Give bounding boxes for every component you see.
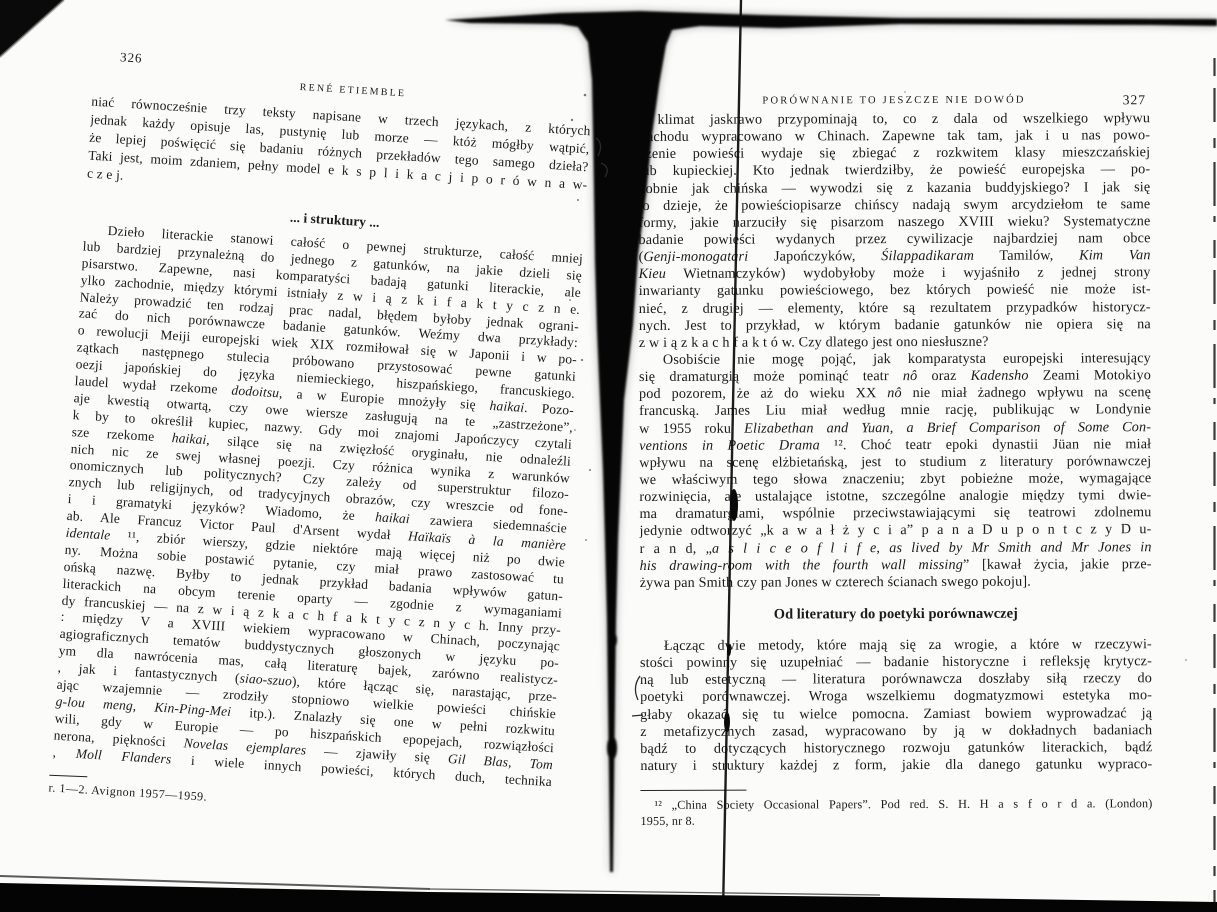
paragraph: Osobiście nie mogę pojąć, jak komparatys… — [639, 350, 1152, 592]
text-line: nieć, z drugiej — elementy, które są rez… — [639, 299, 1151, 318]
right-page-body: i klimat jaskrawo przypominają to, co z … — [636, 110, 1154, 829]
footnote: ¹² „China Society Occasional Papers”. Po… — [640, 796, 1152, 829]
text-line: ma dramaturgiami, wspólnie przeciwstawia… — [639, 504, 1151, 523]
footnote-rule — [640, 790, 746, 791]
bottom-scan-edge — [0, 876, 1217, 912]
section-heading: Od literatury do poetyki porównawczej — [640, 605, 1152, 624]
paragraph: Dzieło literackie stanowi całość o pewne… — [52, 221, 583, 790]
text-line: ną lub estetyczną — literatura porównawc… — [640, 670, 1152, 689]
text-line: formy, jakie narzuciły się pisarzom nasz… — [638, 213, 1150, 232]
running-head-right: PORÓWNANIE TO JESZCZE NIE DOWÓD — [636, 94, 1152, 107]
text-line: rozwinięcia, ale ustalające istotne, szc… — [639, 487, 1151, 506]
text-line: dobnie jak chińska — wywodzi się z kazan… — [638, 179, 1150, 198]
text-line: Łącząc dwie metody, które mają się za wr… — [640, 636, 1152, 655]
text-line: ¹² „China Society Occasional Papers”. Po… — [640, 796, 1152, 813]
text-line: jedynie odtworzyć „k a w a ł ż y c i a” … — [639, 522, 1151, 541]
paragraph: Łącząc dwie metody, które mają się za wr… — [640, 636, 1152, 775]
paragraph: niać równocześnie trzy teksty napisane w… — [87, 93, 591, 212]
text-line: 1955, nr 8. — [641, 812, 1153, 829]
left-page: 326 RENÉ ETIEMBLE niać równocześnie trzy… — [10, 39, 606, 825]
book-scan: 326 RENÉ ETIEMBLE niać równocześnie trzy… — [0, 0, 1217, 912]
text-line: Osobiście nie mogę pojąć, jak komparatys… — [639, 350, 1151, 369]
text-line: stości powinny się uzupełniać — badanie … — [640, 653, 1152, 672]
right-page-head-row: PORÓWNANIE TO JESZCZE NIE DOWÓD 327 — [636, 94, 1152, 112]
text-line: his drawing-room with the fourth wall mi… — [640, 556, 1152, 575]
text-line: bądź to dotyczących historycznego rozwoj… — [640, 739, 1152, 758]
text-line: badanie powieści wydanych przez cywiliza… — [638, 230, 1150, 249]
text-line: to dzieje, że powieściopisarze chińscy n… — [638, 196, 1150, 215]
text-line: i klimat jaskrawo przypominają to, co z … — [638, 110, 1150, 129]
text-line: się dramaturgią może pominąć teatr nô or… — [639, 367, 1151, 386]
text-line: poetyki porównawczej. Wroga wszelkiemu d… — [640, 688, 1152, 707]
page-number-right: 327 — [1123, 92, 1146, 108]
text-line: (Genji-monogatari Japończyków, Śilappadi… — [639, 247, 1151, 266]
text-line: francuską. James Liu miał według mnie ra… — [639, 402, 1151, 421]
text-line: ventions in Poetic Drama ¹². Choć teatr … — [639, 436, 1151, 455]
text-line: r. 1—2. Avignon 1957—1959. — [48, 780, 518, 823]
text-line: z w i ą z k a c h f a k t ó w. Czy dlate… — [639, 333, 1151, 352]
text-line: r a n d, „a s l i c e o f l i f e, as li… — [640, 539, 1152, 558]
text-line: inwarianty gatunku powieściowego, bez kt… — [639, 282, 1151, 301]
text-line: Kieu Wietnamczyków) wydobyłoby może i wy… — [639, 264, 1151, 283]
footnote-rule — [49, 774, 87, 777]
right-page: PORÓWNANIE TO JESZCZE NIE DOWÓD 327 i kl… — [636, 94, 1155, 829]
text-line: lub kupieckiej. Kto jednak twierdziłby, … — [638, 162, 1150, 181]
text-line: natury i struktury każdej z form, jakie … — [640, 756, 1152, 775]
text-line: Zachodu wypracowano w Chinach. Zapewne t… — [638, 127, 1150, 146]
footnote: r. 1—2. Avignon 1957—1959. — [48, 780, 518, 823]
text-line: we właściwym tego słowa znaczeniu; zbyt … — [639, 470, 1151, 489]
text-line: dzenie powieści wydaje się zbiegać z roz… — [638, 144, 1150, 163]
text-line: pod pozorem, że aż do wieku XX nô nie mi… — [639, 384, 1151, 403]
paragraph: i klimat jaskrawo przypominają to, co z … — [638, 110, 1151, 352]
text-line: z metafizycznych zasad, wypracowano by j… — [640, 722, 1152, 741]
text-line: nych. Jest to przykład, w którym badanie… — [639, 316, 1151, 335]
left-page-body: niać równocześnie trzy teksty napisane w… — [10, 90, 603, 825]
text-line: głaby okazać się tu wielce pomocna. Zami… — [640, 705, 1152, 724]
text-line: wpływu na scenę elżbietańską, jest to st… — [639, 453, 1151, 472]
text-line: w 1955 roku Elizabethan and Yuan, a Brie… — [639, 419, 1151, 438]
text-line: żywa pan Smith czy pan Jones w czterech … — [640, 573, 1152, 592]
